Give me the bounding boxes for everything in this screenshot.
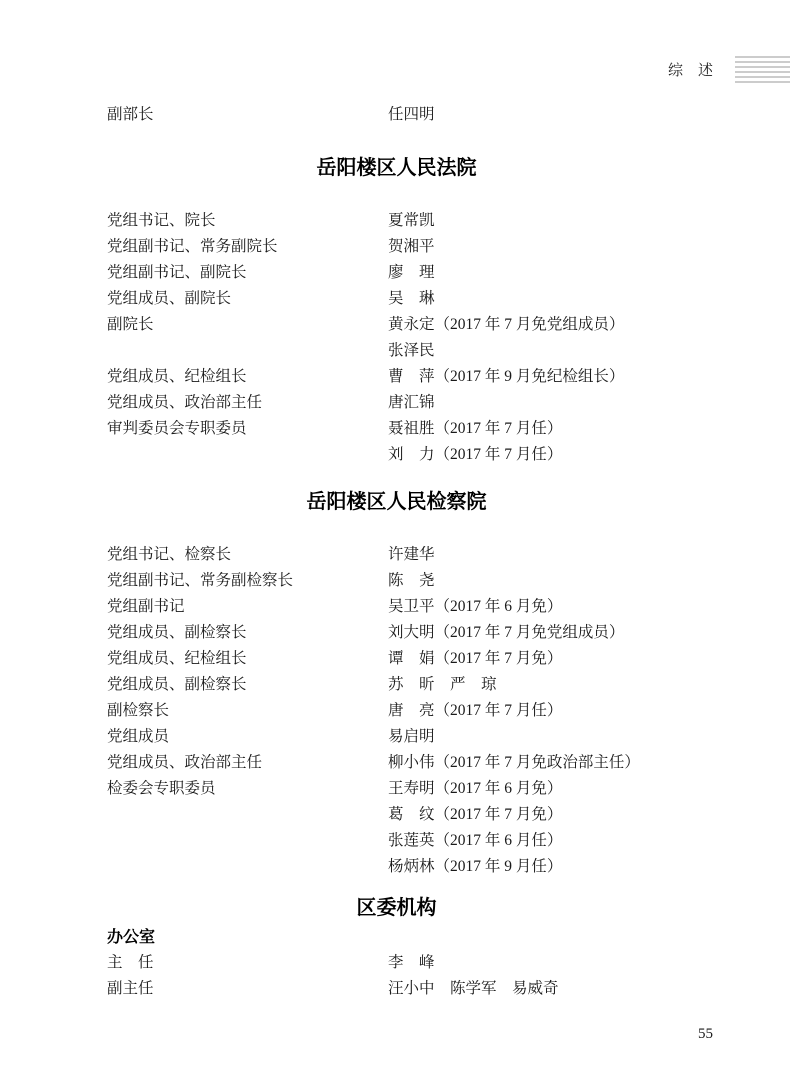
names-value: 刘大明（2017 年 7 月免党组成员） [388, 620, 793, 646]
position-label [107, 802, 388, 828]
position-label: 党组成员、政治部主任 [107, 750, 388, 776]
entry-row: 党组副书记、常务副检察长 陈 尧 [0, 568, 793, 594]
position-label: 主 任 [107, 950, 388, 976]
names-value: 柳小伟（2017 年 7 月免政治部主任） [388, 750, 793, 776]
names-value: 张莲英（2017 年 6 月任） [388, 828, 793, 854]
position-label: 副检察长 [107, 698, 388, 724]
names-value: 黄永定（2017 年 7 月免党组成员） [388, 312, 793, 338]
entry-row: 主 任 李 峰 [0, 950, 793, 976]
position-label: 党组成员、政治部主任 [107, 390, 388, 416]
page-header: 综 述 [668, 56, 790, 83]
names-value: 王寿明（2017 年 6 月免） [388, 776, 793, 802]
document-page: 综 述 副部长 任四明 岳阳楼区人民法院 党组书记、院长 夏常凯 党组副书记、常… [0, 0, 793, 1077]
names-value: 苏 昕 严 琼 [388, 672, 793, 698]
entry-row: 党组成员、政治部主任 唐汇锦 [0, 390, 793, 416]
position-label [107, 854, 388, 880]
entry-row: 副院长 黄永定（2017 年 7 月免党组成员） [0, 312, 793, 338]
procuratorate-rows: 党组书记、检察长 许建华 党组副书记、常务副检察长 陈 尧 党组副书记 吴卫平（… [0, 542, 793, 880]
names-value: 刘 力（2017 年 7 月任） [388, 442, 793, 468]
position-label: 党组成员、副检察长 [107, 620, 388, 646]
position-label: 党组成员、副检察长 [107, 672, 388, 698]
entry-row: 党组副书记 吴卫平（2017 年 6 月免） [0, 594, 793, 620]
position-label: 检委会专职委员 [107, 776, 388, 802]
position-label [107, 442, 388, 468]
entry-row: 党组成员、纪检组长 曹 萍（2017 年 9 月免纪检组长） [0, 364, 793, 390]
position-label: 党组成员 [107, 724, 388, 750]
names-value: 贺湘平 [388, 234, 793, 260]
entry-row: 张泽民 [0, 338, 793, 364]
names-value: 陈 尧 [388, 568, 793, 594]
names-value: 许建华 [388, 542, 793, 568]
entry-row: 党组成员、副院长 吴 琳 [0, 286, 793, 312]
entry-row: 党组书记、院长 夏常凯 [0, 208, 793, 234]
names-value: 谭 娟（2017 年 7 月免） [388, 646, 793, 672]
position-label: 党组成员、纪检组长 [107, 364, 388, 390]
header-rule-decoration [735, 56, 790, 83]
section-heading-procuratorate: 岳阳楼区人民检察院 [0, 488, 793, 516]
page-content: 副部长 任四明 岳阳楼区人民法院 党组书记、院长 夏常凯 党组副书记、常务副院长… [0, 102, 793, 1002]
position-label: 党组书记、检察长 [107, 542, 388, 568]
position-label: 副主任 [107, 976, 388, 1002]
entry-row: 副主任 汪小中 陈学军 易威奇 [0, 976, 793, 1002]
position-label: 党组副书记、副院长 [107, 260, 388, 286]
position-label: 党组副书记、常务副院长 [107, 234, 388, 260]
entry-row: 副检察长 唐 亮（2017 年 7 月任） [0, 698, 793, 724]
names-value: 易启明 [388, 724, 793, 750]
entry-row: 党组副书记、副院长 廖 理 [0, 260, 793, 286]
names-value: 张泽民 [388, 338, 793, 364]
names-value: 吴 琳 [388, 286, 793, 312]
position-label: 副院长 [107, 312, 388, 338]
position-label: 党组副书记、常务副检察长 [107, 568, 388, 594]
names-value: 汪小中 陈学军 易威奇 [388, 976, 793, 1002]
entry-row: 葛 纹（2017 年 7 月免） [0, 802, 793, 828]
entry-row: 党组成员、副检察长 刘大明（2017 年 7 月免党组成员） [0, 620, 793, 646]
office-rows: 主 任 李 峰 副主任 汪小中 陈学军 易威奇 [0, 950, 793, 1002]
section-heading-district-committee: 区委机构 [0, 894, 793, 922]
position-label: 党组成员、副院长 [107, 286, 388, 312]
section-heading-court: 岳阳楼区人民法院 [0, 154, 793, 182]
position-label: 党组书记、院长 [107, 208, 388, 234]
position-label [107, 828, 388, 854]
names-value: 曹 萍（2017 年 9 月免纪检组长） [388, 364, 793, 390]
names-value: 杨炳林（2017 年 9 月任） [388, 854, 793, 880]
entry-row: 党组成员、纪检组长 谭 娟（2017 年 7 月免） [0, 646, 793, 672]
entry-row: 刘 力（2017 年 7 月任） [0, 442, 793, 468]
names-value: 葛 纹（2017 年 7 月免） [388, 802, 793, 828]
names-value: 廖 理 [388, 260, 793, 286]
entry-row: 检委会专职委员 王寿明（2017 年 6 月免） [0, 776, 793, 802]
position-label: 审判委员会专职委员 [107, 416, 388, 442]
position-label: 党组成员、纪检组长 [107, 646, 388, 672]
court-rows: 党组书记、院长 夏常凯 党组副书记、常务副院长 贺湘平 党组副书记、副院长 廖 … [0, 208, 793, 468]
entry-row: 党组成员 易启明 [0, 724, 793, 750]
names-value: 唐汇锦 [388, 390, 793, 416]
position-label: 副部长 [107, 102, 388, 128]
entry-row: 审判委员会专职委员 聂祖胜（2017 年 7 月任） [0, 416, 793, 442]
running-header-title: 综 述 [668, 59, 713, 80]
entry-row: 张莲英（2017 年 6 月任） [0, 828, 793, 854]
subsection-heading-office: 办公室 [0, 926, 793, 950]
names-value: 聂祖胜（2017 年 7 月任） [388, 416, 793, 442]
entry-row: 副部长 任四明 [0, 102, 793, 128]
entry-row: 党组副书记、常务副院长 贺湘平 [0, 234, 793, 260]
position-label [107, 338, 388, 364]
names-value: 夏常凯 [388, 208, 793, 234]
names-value: 唐 亮（2017 年 7 月任） [388, 698, 793, 724]
names-value: 任四明 [388, 102, 793, 128]
names-value: 吴卫平（2017 年 6 月免） [388, 594, 793, 620]
entry-row: 党组书记、检察长 许建华 [0, 542, 793, 568]
entry-row: 党组成员、副检察长 苏 昕 严 琼 [0, 672, 793, 698]
position-label: 党组副书记 [107, 594, 388, 620]
names-value: 李 峰 [388, 950, 793, 976]
page-number: 55 [698, 1026, 713, 1043]
entry-row: 党组成员、政治部主任 柳小伟（2017 年 7 月免政治部主任） [0, 750, 793, 776]
entry-row: 杨炳林（2017 年 9 月任） [0, 854, 793, 880]
